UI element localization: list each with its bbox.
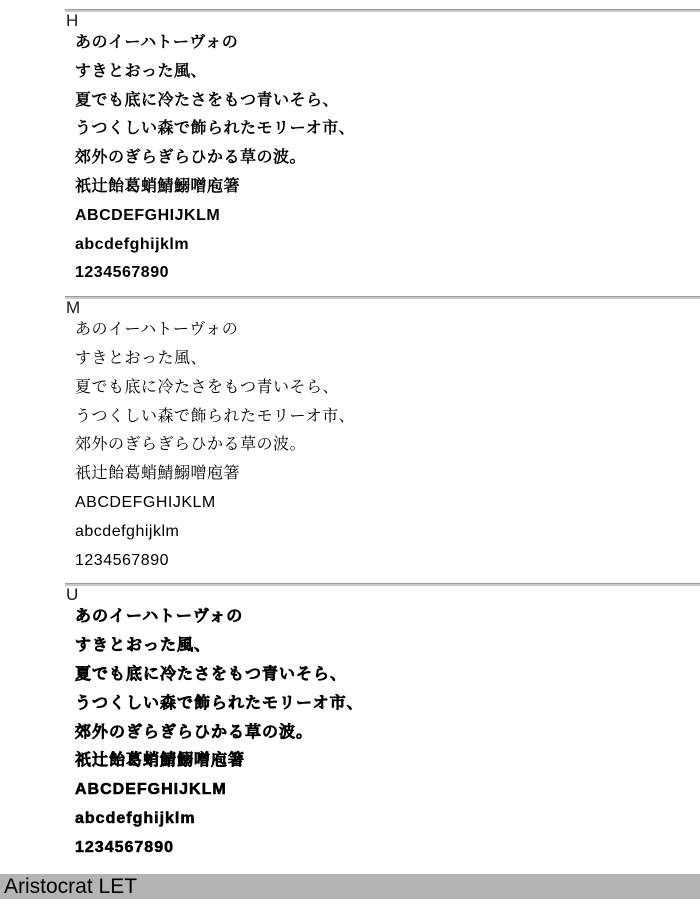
font-specimen-section: Uあのイーハトーヴォのすきとおった風、夏でも底に冷たさをもつ青いそら、うつくしい… [0,583,700,870]
sample-lines: あのイーハトーヴォのすきとおった風、夏でも底に冷たさをもつ青いそら、うつくしい森… [75,29,700,288]
sample-text-line: 祇辻飴葛蛸鯖鰯噌庖箸 [75,460,700,489]
sample-text-line: ABCDEFGHIJKLM [75,776,700,805]
sample-text-line: 1234567890 [75,259,700,288]
sample-text-line: 夏でも底に冷たさをもつ青いそら、 [75,661,700,690]
sample-lines: あのイーハトーヴォのすきとおった風、夏でも底に冷たさをもつ青いそら、うつくしい森… [75,316,700,575]
specimen-list: Hあのイーハトーヴォのすきとおった風、夏でも底に冷たさをもつ青いそら、うつくしい… [0,0,700,871]
sample-text-line: 夏でも底に冷たさをもつ青いそら、 [75,87,700,116]
sample-text-line: あのイーハトーヴォの [75,603,700,632]
weight-label: U [66,586,700,603]
sample-text-line: 祇辻飴葛蛸鯖鰯噌庖箸 [75,173,700,202]
sample-text-line: 夏でも底に冷たさをもつ青いそら、 [75,374,700,403]
sample-text-line: abcdefghijklm [75,805,700,834]
sample-text-line: 郊外のぎらぎらひかる草の波。 [75,431,700,460]
weight-label: H [66,12,700,29]
weight-label: M [66,299,700,316]
font-specimen-section: Mあのイーハトーヴォのすきとおった風、夏でも底に冷たさをもつ青いそら、うつくしい… [0,296,700,583]
sample-text-line: うつくしい森で飾られたモリーオ市、 [75,690,700,719]
sample-lines: あのイーハトーヴォのすきとおった風、夏でも底に冷たさをもつ青いそら、うつくしい森… [75,603,700,862]
sample-text-line: うつくしい森で飾られたモリーオ市、 [75,115,700,144]
sample-text-line: すきとおった風、 [75,345,700,374]
sample-text-line: すきとおった風、 [75,632,700,661]
sample-text-line: すきとおった風、 [75,58,700,87]
sample-text-line: abcdefghijklm [75,231,700,260]
sample-text-line: 郊外のぎらぎらひかる草の波。 [75,719,700,748]
sample-text-line: 郊外のぎらぎらひかる草の波。 [75,144,700,173]
family-name-label: Aristocrat LET [4,875,137,898]
sample-text-line: 1234567890 [75,547,700,576]
sample-text-line: 1234567890 [75,834,700,863]
sample-text-line: 祇辻飴葛蛸鯖鰯噌庖箸 [75,747,700,776]
sample-text-line: ABCDEFGHIJKLM [75,489,700,518]
sample-text-line: ABCDEFGHIJKLM [75,202,700,231]
sample-text-line: あのイーハトーヴォの [75,29,700,58]
sample-text-line: あのイーハトーヴォの [75,316,700,345]
sample-text-line: うつくしい森で飾られたモリーオ市、 [75,403,700,432]
family-name-bar[interactable]: Aristocrat LET [0,874,700,899]
font-specimen-section: Hあのイーハトーヴォのすきとおった風、夏でも底に冷たさをもつ青いそら、うつくしい… [0,9,700,296]
sample-text-line: abcdefghijklm [75,518,700,547]
